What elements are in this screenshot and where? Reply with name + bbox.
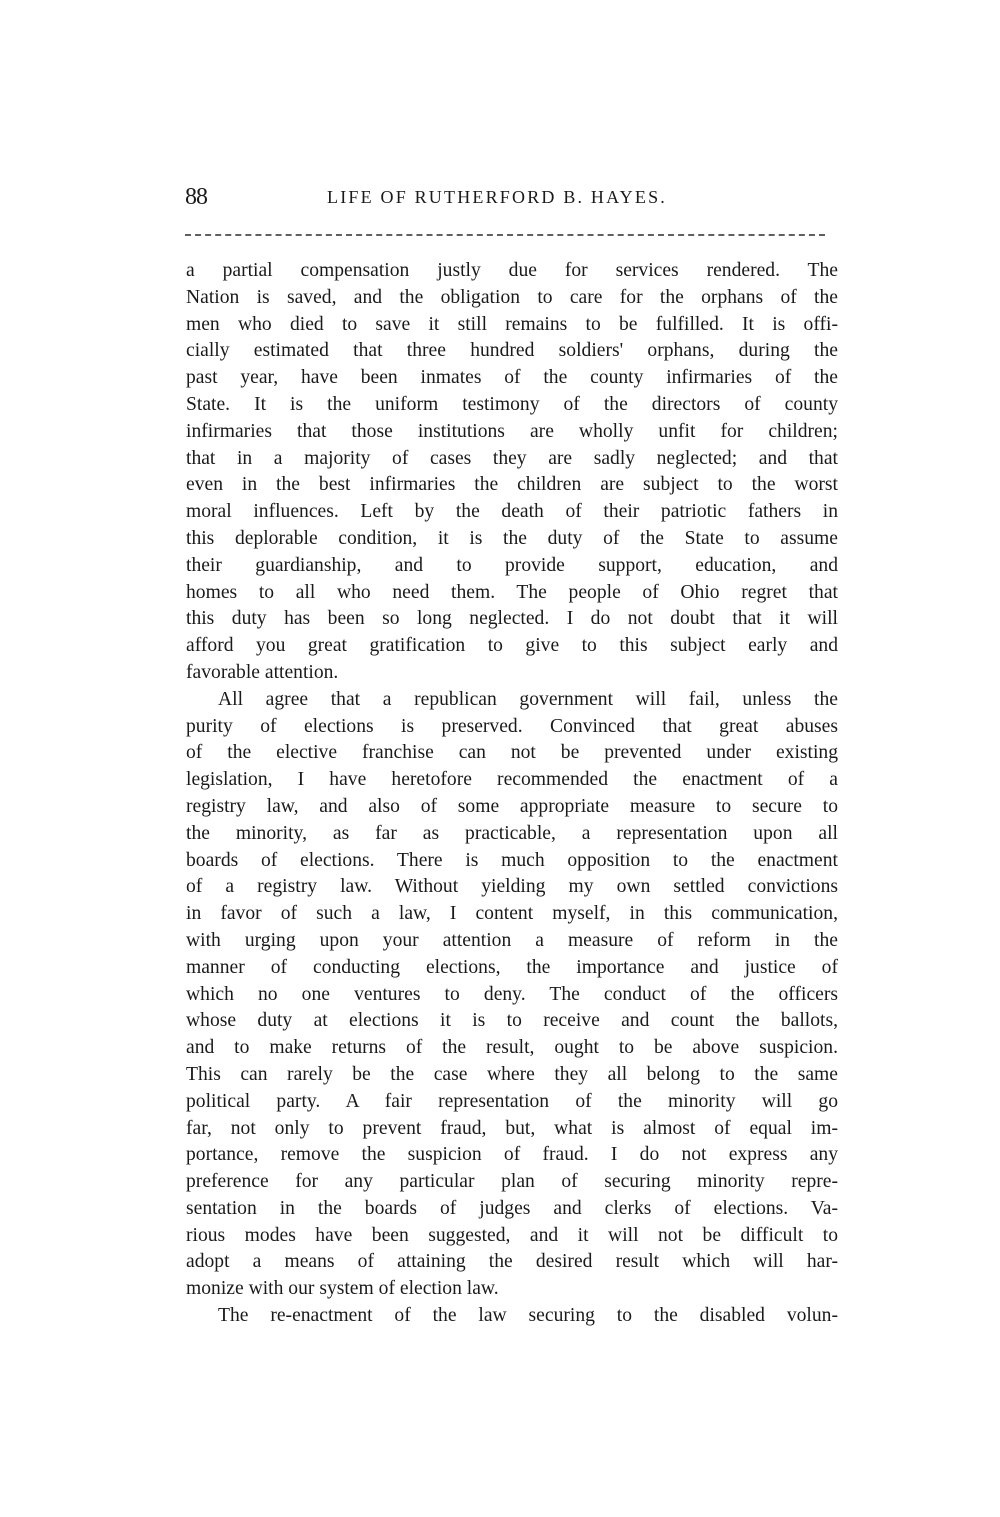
- paragraph-3: The re-enactment of the law securing to …: [186, 1303, 838, 1330]
- text-line: with urging upon your attention a measur…: [186, 928, 838, 955]
- text-line: boards of elections. There is much oppos…: [186, 848, 838, 875]
- text-line: past year, have been inmates of the coun…: [186, 365, 838, 392]
- text-line: manner of conducting elections, the impo…: [186, 955, 838, 982]
- text-line: All agree that a republican government w…: [186, 687, 838, 714]
- text-line: cially estimated that three hundred sold…: [186, 338, 838, 365]
- text-line: far, not only to prevent fraud, but, wha…: [186, 1116, 838, 1143]
- page-number: 88: [185, 184, 207, 211]
- text-line: homes to all who need them. The people o…: [186, 580, 838, 607]
- text-line: adopt a means of attaining the desired r…: [186, 1249, 838, 1276]
- paragraph-2: All agree that a republican government w…: [186, 687, 838, 1303]
- body-text: a partial compensation justly due for se…: [186, 258, 838, 1330]
- text-line: purity of elections is preserved. Convin…: [186, 714, 838, 741]
- text-line: The re-enactment of the law securing to …: [186, 1303, 838, 1330]
- book-page: 88 LIFE OF RUTHERFORD B. HAYES. a partia…: [0, 0, 1000, 1517]
- text-line: favorable attention.: [186, 660, 838, 687]
- text-line: legislation, I have heretofore recommend…: [186, 767, 838, 794]
- text-line: and to make returns of the result, ought…: [186, 1035, 838, 1062]
- text-line: this duty has been so long neglected. I …: [186, 606, 838, 633]
- header-rule: [185, 234, 825, 236]
- text-line: Nation is saved, and the obligation to c…: [186, 285, 838, 312]
- page-header: 88 LIFE OF RUTHERFORD B. HAYES.: [185, 184, 835, 214]
- running-title: LIFE OF RUTHERFORD B. HAYES.: [327, 187, 667, 208]
- text-line: political party. A fair representation o…: [186, 1089, 838, 1116]
- text-line: State. It is the uniform testimony of th…: [186, 392, 838, 419]
- text-line: moral influences. Left by the death of t…: [186, 499, 838, 526]
- text-line: monize with our system of election law.: [186, 1276, 838, 1303]
- text-line: infirmaries that those institutions are …: [186, 419, 838, 446]
- text-line: sentation in the boards of judges and cl…: [186, 1196, 838, 1223]
- text-line: in favor of such a law, I content myself…: [186, 901, 838, 928]
- paragraph-1: a partial compensation justly due for se…: [186, 258, 838, 687]
- text-line: even in the best infirmaries the childre…: [186, 472, 838, 499]
- text-line: a partial compensation justly due for se…: [186, 258, 838, 285]
- text-line: the minority, as far as practicable, a r…: [186, 821, 838, 848]
- text-line: preference for any particular plan of se…: [186, 1169, 838, 1196]
- text-line: their guardianship, and to provide suppo…: [186, 553, 838, 580]
- text-line: rious modes have been suggested, and it …: [186, 1223, 838, 1250]
- text-line: This can rarely be the case where they a…: [186, 1062, 838, 1089]
- text-line: of the elective franchise can not be pre…: [186, 740, 838, 767]
- text-line: afford you great gratification to give t…: [186, 633, 838, 660]
- text-line: this deplorable condition, it is the dut…: [186, 526, 838, 553]
- text-line: whose duty at elections it is to receive…: [186, 1008, 838, 1035]
- text-line: which no one ventures to deny. The condu…: [186, 982, 838, 1009]
- text-line: registry law, and also of some appropria…: [186, 794, 838, 821]
- text-line: of a registry law. Without yielding my o…: [186, 874, 838, 901]
- text-line: that in a majority of cases they are sad…: [186, 446, 838, 473]
- text-line: portance, remove the suspicion of fraud.…: [186, 1142, 838, 1169]
- text-line: men who died to save it still remains to…: [186, 312, 838, 339]
